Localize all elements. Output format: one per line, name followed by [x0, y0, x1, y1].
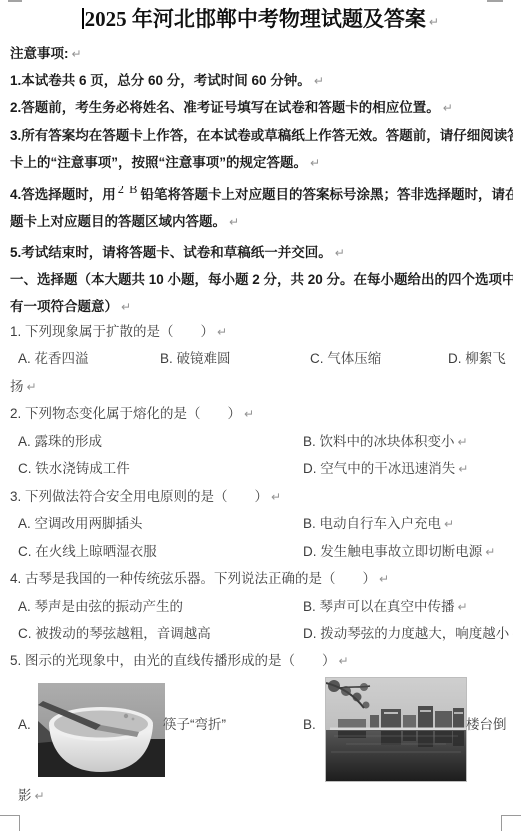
notice-item-4-line-2: 题卡上对应题目的答题区域内答题。↵: [10, 213, 513, 231]
paragraph-mark: ↵: [314, 74, 324, 88]
paragraph-mark: ↵: [458, 600, 468, 614]
notice-item-3-line-2: 卡上的“注意事项”，按照“注意事项”的规定答题。↵: [10, 154, 513, 172]
q4-option-b: B. 琴声可以在真空中传播↵: [303, 598, 513, 616]
question-4-stem: 4. 古琴是我国的一种传统弦乐器。下列说法正确的是（ ）↵: [10, 570, 513, 588]
paragraph-mark: ↵: [271, 490, 281, 504]
text-cursor: [82, 8, 84, 29]
paragraph-mark: ↵: [121, 300, 131, 314]
question-1-stem: 1. 下列现象属于扩散的是（ ）↵: [10, 323, 513, 341]
paragraph-mark: ↵: [339, 654, 349, 668]
q2-option-a: A. 露珠的形成: [18, 433, 303, 451]
question-1-options: A. 花香四溢 B. 破镜难圆 C. 气体压缩 D. 柳絮飞: [10, 350, 513, 368]
paragraph-mark: ↵: [512, 627, 513, 641]
page-title-text: 2025 年河北邯郸中考物理试题及答案: [85, 7, 426, 31]
q5-option-b-caption-wrap: 影↵: [18, 787, 513, 805]
notice-item-2: 2.答题前，考生务必将姓名、准考证号填写在试卷和答题卡的相应位置。↵: [10, 99, 513, 117]
question-3-options-cd: C. 在火线上晾晒湿衣服 D. 发生触电事故立即切断电源↵: [10, 543, 513, 561]
bowl-chopstick-photo: [38, 683, 165, 777]
question-4-options-ab: A. 琴声是由弦的振动产生的 B. 琴声可以在真空中传播↵: [10, 598, 513, 616]
paragraph-mark: ↵: [444, 517, 454, 531]
document-page[interactable]: 2025 年河北邯郸中考物理试题及答案↵ 注意事项:↵ 1.本试卷共 6 页，总…: [0, 0, 521, 831]
margin-crop-mark-top-left: [8, 0, 22, 2]
paragraph-mark: ↵: [27, 380, 37, 394]
notice-heading: 注意事项:↵: [10, 45, 513, 63]
pencil-grade-superscript: 2 B: [116, 186, 141, 196]
q1-option-d-wrap: 扬↵: [10, 378, 513, 396]
paragraph-mark: ↵: [485, 545, 495, 559]
q4-option-c: C. 被拨动的琴弦越粗，音调越高: [18, 625, 303, 643]
question-4-options-cd: C. 被拨动的琴弦越粗，音调越高 D. 拨动琴弦的力度越大，响度越小↵: [10, 625, 513, 643]
question-2-stem: 2. 下列物态变化属于熔化的是（ ）↵: [10, 405, 513, 423]
margin-crop-mark-bottom-right: [501, 815, 521, 831]
q4-option-d: D. 拨动琴弦的力度越大，响度越小↵: [303, 625, 513, 643]
paragraph-mark: ↵: [244, 407, 254, 421]
q1-option-c: C. 气体压缩: [310, 350, 448, 368]
paragraph-mark: ↵: [458, 435, 468, 449]
question-2-options-cd: C. 铁水浇铸成工件 D. 空气中的干冰迅速消失↵: [10, 460, 513, 478]
section-heading-line-2: 有一项符合题意）↵: [10, 298, 513, 316]
question-3-stem: 3. 下列做法符合安全用电原则的是（ ）↵: [10, 488, 513, 506]
paragraph-mark: ↵: [35, 789, 45, 803]
question-2-options-ab: A. 露珠的形成 B. 饮料中的冰块体积变小↵: [10, 433, 513, 451]
q1-option-a: A. 花香四溢: [18, 350, 160, 368]
section-heading-line-1: 一、选择题（本大题共 10 小题，每小题 2 分，共 20 分。在每小题给出的四…: [10, 271, 513, 289]
q2-option-c: C. 铁水浇铸成工件: [18, 460, 303, 478]
paragraph-mark: ↵: [217, 325, 227, 339]
lake-reflection-photo: [325, 677, 467, 782]
notice-item-1: 1.本试卷共 6 页，总分 60 分，考试时间 60 分钟。↵: [10, 72, 513, 90]
question-5-stem: 5. 图示的光现象中，由光的直线传播形成的是（ ）↵: [10, 652, 513, 670]
notice-item-4-line-1: 4.答选择题时，用2 B铅笔将答题卡上对应题目的答案标号涂黑；答非选择题时，请在…: [10, 186, 513, 204]
paragraph-mark: ↵: [443, 101, 453, 115]
q3-option-a: A. 空调改用两脚插头: [18, 515, 303, 533]
paragraph-mark: ↵: [458, 462, 468, 476]
paragraph-mark: ↵: [379, 572, 389, 586]
paragraph-mark: ↵: [72, 47, 82, 61]
question-3-options-ab: A. 空调改用两脚插头 B. 电动自行车入户充电↵: [10, 515, 513, 533]
q2-option-d: D. 空气中的干冰迅速消失↵: [303, 460, 513, 478]
q3-option-c: C. 在火线上晾晒湿衣服: [18, 543, 303, 561]
q5-option-b-caption: 楼台倒: [466, 716, 507, 734]
q1-option-b: B. 破镜难圆: [160, 350, 310, 368]
margin-crop-mark-bottom-left: [0, 815, 20, 831]
q3-option-b: B. 电动自行车入户充电↵: [303, 515, 513, 533]
margin-crop-mark-top-right: [487, 0, 503, 2]
paragraph-mark: ↵: [229, 215, 239, 229]
q1-option-d: D. 柳絮飞: [448, 350, 513, 368]
page-title: 2025 年河北邯郸中考物理试题及答案↵: [0, 6, 521, 35]
q2-option-b: B. 饮料中的冰块体积变小↵: [303, 433, 513, 451]
paragraph-mark: ↵: [310, 156, 320, 170]
q3-option-d: D. 发生触电事故立即切断电源↵: [303, 543, 513, 561]
notice-item-5: 5.考试结束时，请将答题卡、试卷和草稿纸一并交回。↵: [10, 244, 513, 262]
q4-option-a: A. 琴声是由弦的振动产生的: [18, 598, 303, 616]
paragraph-mark: ↵: [335, 246, 345, 260]
q5-option-a-label: A.: [18, 716, 31, 734]
notice-item-3-line-1: 3.所有答案均在答题卡上作答，在本试卷或草稿纸上作答无效。答题前，请仔细阅读答题: [10, 127, 513, 145]
paragraph-mark: ↵: [429, 15, 439, 29]
q5-option-b-label: B.: [303, 716, 316, 734]
q5-option-a-caption: 筷子“弯折”: [163, 716, 226, 734]
